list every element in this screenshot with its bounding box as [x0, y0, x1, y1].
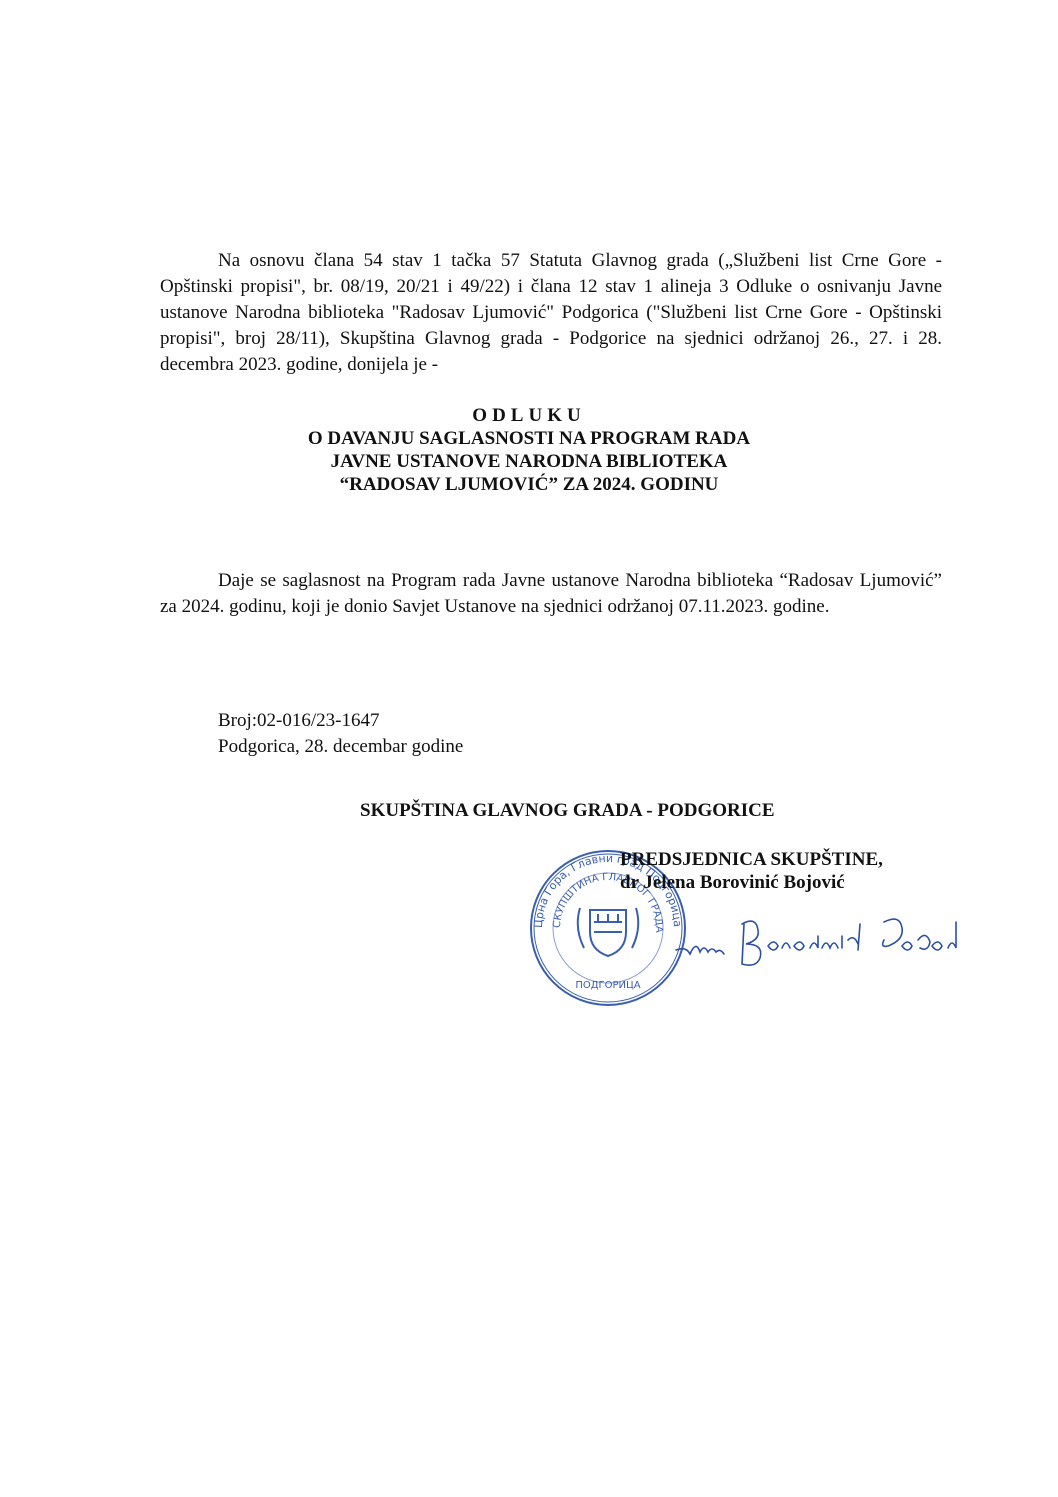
reference-block: Broj:02-016/23-1647 Podgorica, 28. decem…	[218, 708, 463, 760]
handwritten-signature-icon	[672, 910, 962, 970]
document-page: Na osnovu člana 54 stav 1 tačka 57 Statu…	[0, 0, 1058, 1497]
title-line-2: O DAVANJU SAGLASNOSTI NA PROGRAM RADA	[200, 427, 858, 450]
intro-text: Na osnovu člana 54 stav 1 tačka 57 Statu…	[160, 248, 942, 378]
body-paragraph: Daje se saglasnost na Program rada Javne…	[160, 568, 942, 620]
signatory-title: PREDSJEDNICA SKUPŠTINE,	[620, 848, 883, 871]
svg-text:ПОДГОРИЦА: ПОДГОРИЦА	[575, 980, 640, 991]
intro-paragraph: Na osnovu člana 54 stav 1 tačka 57 Statu…	[160, 248, 942, 378]
signatory-block: PREDSJEDNICA SKUPŠTINE, dr Jelena Borovi…	[620, 848, 883, 894]
body-text: Daje se saglasnost na Program rada Javne…	[160, 568, 942, 620]
decision-title: ODLUKU O DAVANJU SAGLASNOSTI NA PROGRAM …	[200, 404, 858, 496]
reference-number: Broj:02-016/23-1647	[218, 708, 463, 734]
signatory-name: dr Jelena Borovinić Bojović	[620, 871, 883, 894]
title-line-3: JAVNE USTANOVE NARODNA BIBLIOTEKA	[200, 450, 858, 473]
title-line-4: “RADOSAV LJUMOVIĆ” ZA 2024. GODINU	[200, 473, 858, 496]
place-date: Podgorica, 28. decembar godine	[218, 734, 463, 760]
title-line-1: ODLUKU	[200, 404, 858, 427]
assembly-name: SKUPŠTINA GLAVNOG GRADA - PODGORICE	[360, 800, 775, 822]
